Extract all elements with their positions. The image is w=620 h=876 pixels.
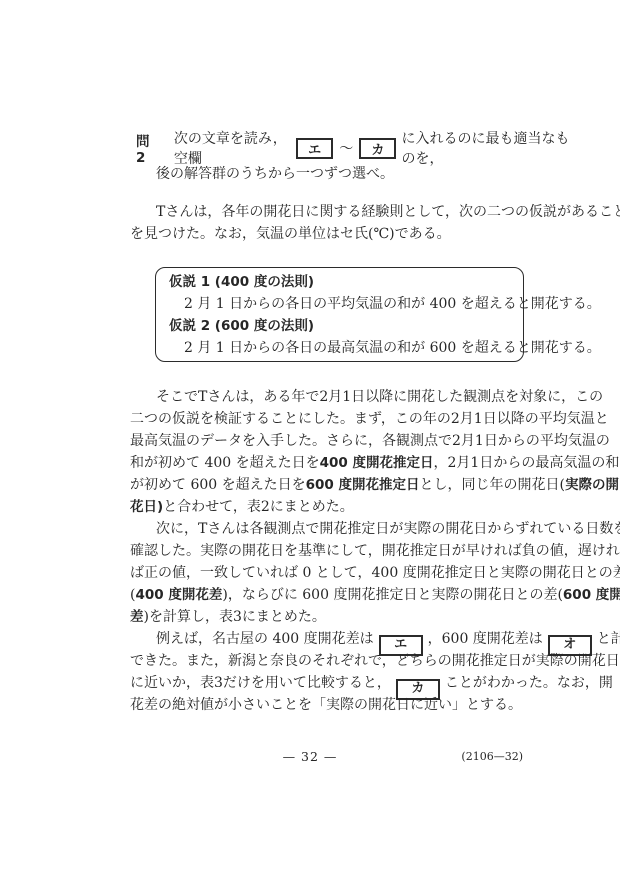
text-line: 差)を計算し，表3にまとめた。 bbox=[130, 606, 558, 628]
text-line: 二つの仮説を検証することにした。まず，この年の2月1日以降の平均気温と bbox=[130, 408, 558, 430]
statement-text: 次の文章を読み，空欄 bbox=[174, 128, 291, 168]
hypothesis-2-title: 仮説 2 (600 度の法則) bbox=[169, 315, 515, 337]
term-600-bloom-diff: 600 度開花 bbox=[563, 587, 620, 603]
question-number: 問 2 bbox=[136, 130, 164, 166]
text-line: ば正の値，一致していれば 0 として，400 度開花推定日と実際の開花日との差 bbox=[130, 562, 558, 584]
blank-box-ka: カ bbox=[359, 138, 396, 159]
page-number: — 32 — bbox=[0, 748, 620, 766]
document-code: (2106—32) bbox=[461, 749, 523, 765]
hypothesis-1-body: 2 月 1 日からの各日の平均気温の和が 400 を超えると開花する。 bbox=[169, 293, 515, 315]
text-line: 確認した。実際の開花日を基準にして，開花推定日が早ければ負の値，遅けれ bbox=[130, 540, 558, 562]
text-line: 最高気温のデータを入手した。さらに，各観測点で2月1日からの平均気温の bbox=[130, 430, 558, 452]
question-statement: 問 2 次の文章を読み，空欄 エ ～ カ に入れるのに最も適当なものを， 後の解… bbox=[136, 135, 576, 185]
exam-page: 問 2 次の文章を読み，空欄 エ ～ カ に入れるのに最も適当なものを， 後の解… bbox=[0, 0, 620, 876]
term-600-estimate-day: 600 度開花推定日 bbox=[306, 477, 420, 493]
tilde-separator: ～ bbox=[339, 138, 353, 158]
text-line: に近いか，表3だけを用いて比較すると，カことがわかった。なお，開 bbox=[130, 672, 558, 694]
term-600-bloom-diff-cont: 差 bbox=[130, 609, 144, 625]
text-line: そこでTさんは，ある年で2月1日以降に開花した観測点を対象に，この bbox=[130, 386, 558, 408]
text-line: 例えば，名古屋の 400 度開花差はエ，600 度開花差はオと計算 bbox=[130, 628, 558, 650]
hypothesis-2-body: 2 月 1 日からの各日の最高気温の和が 600 を超えると開花する。 bbox=[169, 337, 515, 359]
term-400-bloom-diff: 400 度開花差 bbox=[135, 587, 222, 603]
blank-box-e: エ bbox=[296, 138, 333, 159]
statement-text: に入れるのに最も適当なものを， bbox=[401, 128, 576, 168]
text-line: 和が初めて 400 を超えた日を400 度開花推定日，2月1日からの最高気温の和 bbox=[130, 452, 558, 474]
text-line: を見つけた。なお，気温の単位はセ氏(℃)である。 bbox=[130, 223, 558, 245]
term-actual-bloom-day: 実際の開 bbox=[565, 477, 619, 493]
paragraph-difference: 次に，Tさんは各観測点で開花推定日が実際の開花日からずれている日数を 確認した。… bbox=[130, 518, 558, 628]
text-line: 次に，Tさんは各観測点で開花推定日が実際の開花日からずれている日数を bbox=[130, 518, 558, 540]
paragraph-method: そこでTさんは，ある年で2月1日以降に開花した観測点を対象に，この 二つの仮説を… bbox=[130, 386, 558, 518]
text-line: (400 度開花差)，ならびに 600 度開花推定日と実際の開花日との差(600… bbox=[130, 584, 558, 606]
text-line: が初めて 600 を超えた日を600 度開花推定日とし，同じ年の開花日(実際の開 bbox=[130, 474, 558, 496]
term-actual-bloom-day-cont: 花日) bbox=[130, 499, 163, 515]
text-line: できた。また，新潟と奈良のそれぞれで，どちらの開花推定日が実際の開花日 bbox=[130, 650, 558, 672]
paragraph-intro: Tさんは，各年の開花日に関する経験則として，次の二つの仮説があること を見つけた… bbox=[130, 201, 558, 245]
hypothesis-box: 仮説 1 (400 度の法則) 2 月 1 日からの各日の平均気温の和が 400… bbox=[155, 267, 524, 362]
hypothesis-1-title: 仮説 1 (400 度の法則) bbox=[169, 271, 515, 293]
text-line: Tさんは，各年の開花日に関する経験則として，次の二つの仮説があること bbox=[130, 201, 558, 223]
question-statement-line-1: 問 2 次の文章を読み，空欄 エ ～ カ に入れるのに最も適当なものを， bbox=[136, 135, 576, 161]
text-line: 花日)と合わせて，表2にまとめた。 bbox=[130, 496, 558, 518]
text-line: 花差の絶対値が小さいことを「実際の開花日に近い」とする。 bbox=[130, 694, 558, 716]
term-400-estimate-day: 400 度開花推定日 bbox=[320, 455, 434, 471]
paragraph-example: 例えば，名古屋の 400 度開花差はエ，600 度開花差はオと計算 できた。また… bbox=[130, 628, 558, 716]
